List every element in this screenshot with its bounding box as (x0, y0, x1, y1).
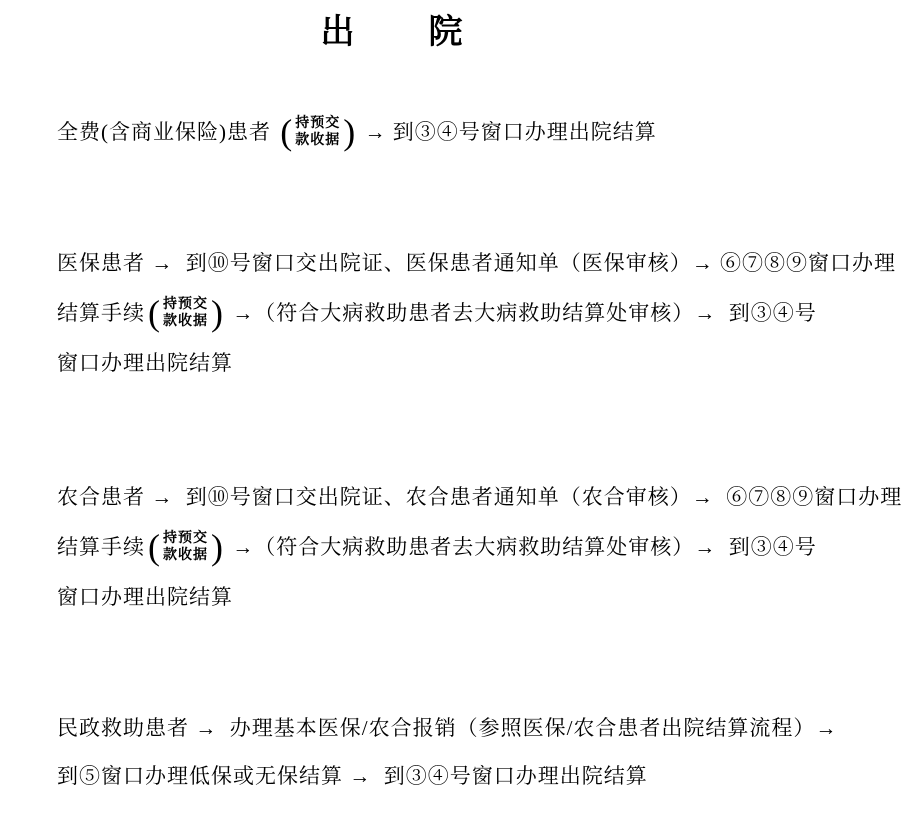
page-title: 出 院 (0, 0, 917, 54)
rural-coop-line2: 结算手续(持预交款收据) →（符合大病救助患者去大病救助结算处审核）→ 到③④号 (57, 522, 877, 572)
deposit-note-line2: 款收据 (295, 132, 340, 149)
paragraph-civil-aid-patients: 民政救助患者 → 办理基本医保/农合报销（参照医保/农合患者出院结算流程）→ 到… (57, 704, 877, 800)
full-fee-lead-text: 全费(含商业保险)患者 (57, 120, 277, 144)
medical-insurance-line2-post: →（符合大病救助患者去大病救助结算处审核）→ 到③④号 (226, 301, 817, 325)
deposit-note-stack: 持预交款收据 (160, 530, 211, 564)
close-paren: ) (211, 293, 223, 333)
medical-insurance-line2: 结算手续(持预交款收据) →（符合大病救助患者去大病救助结算处审核）→ 到③④号 (57, 288, 877, 338)
deposit-note-line2: 款收据 (163, 547, 208, 564)
deposit-note-stack: 持预交款收据 (160, 296, 211, 330)
deposit-note-line1: 持预交 (163, 530, 208, 547)
full-fee-line: 全费(含商业保险)患者 (持预交款收据) → 到③④号窗口办理出院结算 (57, 108, 877, 156)
document-body: 全费(含商业保险)患者 (持预交款收据) → 到③④号窗口办理出院结算 医保患者… (0, 108, 917, 800)
civil-aid-line2: 到⑤窗口办理低保或无保结算 → 到③④号窗口办理出院结算 (57, 752, 877, 800)
deposit-receipt-note: (持预交款收据) (280, 112, 355, 152)
rural-coop-line1: 农合患者 → 到⑩号窗口交出院证、农合患者通知单（农合审核）→ ⑥⑦⑧⑨窗口办理 (57, 472, 877, 522)
medical-insurance-line3: 窗口办理出院结算 (57, 338, 877, 388)
open-paren: ( (148, 293, 160, 333)
close-paren: ) (211, 527, 223, 567)
open-paren: ( (148, 527, 160, 567)
medical-insurance-line1: 医保患者 → 到⑩号窗口交出院证、医保患者通知单（医保审核）→ ⑥⑦⑧⑨窗口办理 (57, 238, 877, 288)
close-paren: ) (343, 112, 355, 152)
discharge-document-page: 出 院 全费(含商业保险)患者 (持预交款收据) → 到③④号窗口办理出院结算 … (0, 0, 917, 819)
rural-coop-line2-pre: 结算手续 (57, 535, 145, 559)
deposit-receipt-note: (持预交款收据) (148, 293, 223, 333)
paragraph-medical-insurance-patients: 医保患者 → 到⑩号窗口交出院证、医保患者通知单（医保审核）→ ⑥⑦⑧⑨窗口办理… (57, 238, 877, 388)
medical-insurance-line2-pre: 结算手续 (57, 301, 145, 325)
deposit-note-stack: 持预交款收据 (292, 115, 343, 149)
full-fee-after-text: → 到③④号窗口办理出院结算 (358, 120, 657, 144)
open-paren: ( (280, 112, 292, 152)
paragraph-rural-coop-patients: 农合患者 → 到⑩号窗口交出院证、农合患者通知单（农合审核）→ ⑥⑦⑧⑨窗口办理… (57, 472, 877, 622)
deposit-note-line1: 持预交 (295, 115, 340, 132)
rural-coop-line3: 窗口办理出院结算 (57, 572, 877, 622)
deposit-receipt-note: (持预交款收据) (148, 527, 223, 567)
civil-aid-line1: 民政救助患者 → 办理基本医保/农合报销（参照医保/农合患者出院结算流程）→ (57, 704, 877, 752)
deposit-note-line1: 持预交 (163, 296, 208, 313)
paragraph-full-fee-patients: 全费(含商业保险)患者 (持预交款收据) → 到③④号窗口办理出院结算 (57, 108, 877, 156)
rural-coop-line2-post: →（符合大病救助患者去大病救助结算处审核）→ 到③④号 (226, 535, 817, 559)
deposit-note-line2: 款收据 (163, 313, 208, 330)
